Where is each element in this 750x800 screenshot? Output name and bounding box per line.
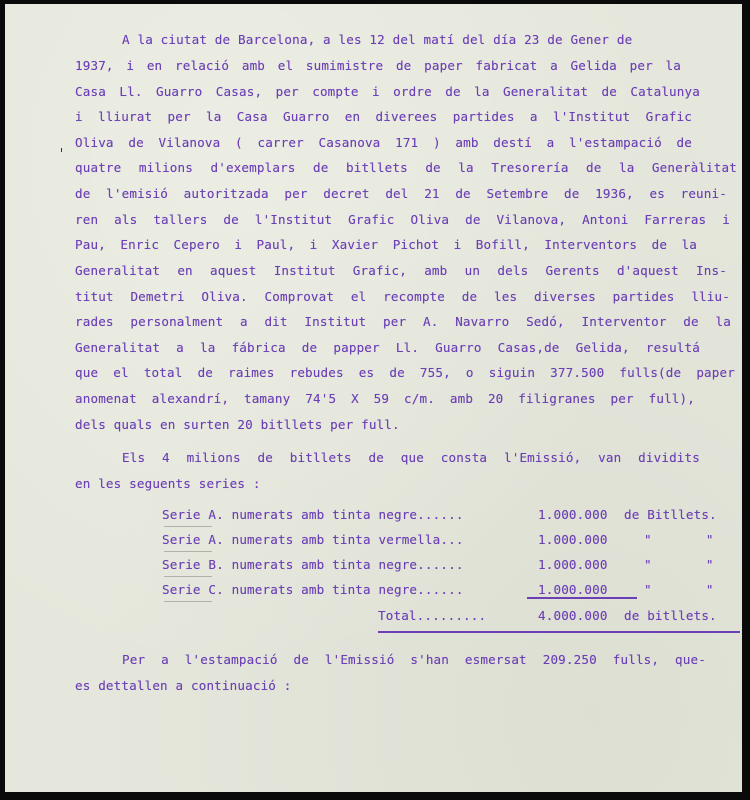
- para1-line-11: titut Demetri Oliva. Comprovat el recomp…: [75, 289, 730, 305]
- subtotal-underline: [527, 597, 637, 599]
- para1-line-14: que el total de raimes rebudes es de 755…: [75, 365, 735, 381]
- series-amount: 1.000.000: [538, 582, 608, 598]
- pencil-underline: [164, 601, 212, 602]
- series-amount: 1.000.000: [538, 507, 608, 523]
- para1-line-9: Pau, Enric Cepero i Paul, i Xavier Picho…: [75, 237, 697, 253]
- para1-line-3: Casa Ll. Guarro Casas, per compte i ordr…: [75, 84, 700, 100]
- margin-mark: [61, 148, 62, 152]
- series-unit: " ": [644, 557, 714, 573]
- para1-line-6: quatre milions d'exemplars de bitllets d…: [75, 160, 737, 176]
- series-label: Serie A. numerats amb tinta negre......: [162, 507, 464, 523]
- series-amount: 1.000.000: [538, 532, 608, 548]
- typewritten-document-page: A la ciutat de Barcelona, a les 12 del m…: [5, 4, 742, 792]
- total-underline: [378, 631, 740, 633]
- para2-line-2: en les seguents series :: [75, 476, 261, 492]
- para1-line-5: Oliva de Vilanova ( carrer Casanova 171 …: [75, 135, 692, 151]
- para3-line-1: Per a l'estampació de l'Emissió s'han es…: [122, 652, 706, 668]
- para2-line-1: Els 4 milions de bitllets de que consta …: [122, 450, 700, 466]
- series-label: Serie B. numerats amb tinta negre......: [162, 557, 464, 573]
- para1-line-10: Generalitat en aquest Institut Grafic, a…: [75, 263, 727, 279]
- pencil-underline: [164, 526, 212, 527]
- total-amount: 4.000.000: [538, 608, 608, 624]
- para1-line-2: 1937, i en relació amb el sumimistre de …: [75, 58, 681, 74]
- para1-line-12: rades personalment a dit Institut per A.…: [75, 314, 731, 330]
- para3-line-2: es dettallen a continuació :: [75, 678, 292, 694]
- series-unit: " ": [644, 532, 714, 548]
- total-label: Total.........: [378, 608, 486, 624]
- total-unit: de bitllets.: [624, 608, 717, 624]
- pencil-underline: [164, 576, 212, 577]
- series-label: Serie C. numerats amb tinta negre......: [162, 582, 464, 598]
- para1-line-7: de l'emisió autoritzada per decret del 2…: [75, 186, 727, 202]
- pencil-underline: [164, 551, 212, 552]
- series-label: Serie A. numerats amb tinta vermella...: [162, 532, 464, 548]
- series-amount: 1.000.000: [538, 557, 608, 573]
- para1-line-4: i lliurat per la Casa Guarro en diverees…: [75, 109, 692, 125]
- para1-line-16: dels quals en surten 20 bitllets per ful…: [75, 417, 400, 433]
- para1-line-15: anomenat alexandrí, tamany 74'5 X 59 c/m…: [75, 391, 695, 407]
- para1-line-1: A la ciutat de Barcelona, a les 12 del m…: [122, 32, 632, 48]
- series-unit: de Bitllets.: [624, 507, 717, 523]
- series-unit: " ": [644, 582, 714, 598]
- para1-line-13: Generalitat a la fábrica de papper Ll. G…: [75, 340, 700, 356]
- para1-line-8: ren als tallers de l'Institut Grafic Oli…: [75, 212, 730, 228]
